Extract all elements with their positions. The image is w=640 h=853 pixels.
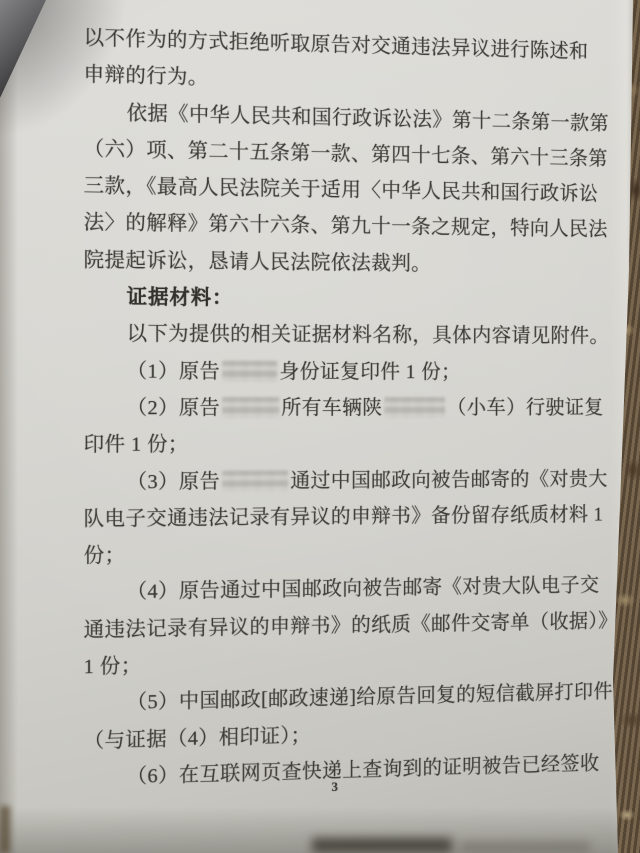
document-text: 队电子交通违法记录有异议的申辩书》备份留存纸质材料 1	[84, 504, 604, 531]
document-text: 以下为提供的相关证据材料名称，具体内容请见附件。	[127, 323, 609, 347]
document-text: （5）中国邮政[邮政速递]给原告回复的短信截屏打印件	[127, 681, 613, 714]
document-text: （与证据（4）相印证）；	[84, 724, 311, 752]
document-line: （3）原告通过中国邮政向被告邮寄的《对贵大	[84, 461, 577, 500]
document-text: 通违法记录有异议的申辩书》的纸质《邮件交寄单（收据）》	[84, 610, 618, 641]
document-line: 法〉的解释》第六十六条、第九十一条之规定，特向人民法	[84, 205, 577, 248]
document-text: 依据《中华人民共和国行政诉讼法》第十二条第一款第	[127, 102, 609, 135]
bottom-edge-shadow	[460, 842, 590, 853]
document-text: 所有车辆陕	[281, 397, 382, 419]
document-text: 份；	[84, 544, 126, 567]
redaction-blur	[384, 397, 445, 418]
document-line: 证据材料：	[84, 279, 577, 319]
document-text: 申辩的行为。	[84, 64, 209, 89]
document-line: 印件 1 份；	[84, 426, 577, 464]
document-line: （1）原告身份证复印件 1 份；	[84, 353, 577, 390]
document-text: 1 份；	[84, 655, 142, 679]
document-text: （小车）行驶证复	[447, 397, 604, 419]
paper-left-shade	[0, 0, 18, 853]
document-text: （1）原告	[127, 360, 220, 382]
redaction-blur	[222, 470, 288, 492]
document-line: 队电子交通违法记录有异议的申辩书》备份留存纸质材料 1	[84, 497, 577, 538]
document-line: （2）原告所有车辆陕（小车）行驶证复	[84, 390, 577, 427]
document-text: （2）原告	[127, 397, 220, 419]
bottom-edge-shadow	[312, 838, 452, 853]
document-line: 以下为提供的相关证据材料名称，具体内容请见附件。	[84, 316, 577, 355]
document-text: 三款，《最高人民法院关于适用〈中华人民共和国行政诉讼	[84, 175, 599, 205]
document-text: 身份证复印件 1 份；	[279, 360, 461, 382]
paper-sheet: 以不作为的方式拒绝听取原告对交通违法异议进行陈述和申辩的行为。依据《中华人民共和…	[0, 0, 640, 853]
redaction-blur	[222, 360, 277, 381]
document-text: 以不作为的方式拒绝听取原告对交通违法异议进行陈述和	[84, 27, 589, 63]
document-text: （3）原告	[127, 470, 220, 493]
document-text-block: 以不作为的方式拒绝听取原告对交通违法异议进行陈述和申辩的行为。依据《中华人民共和…	[84, 20, 577, 848]
document-text: 通过中国邮政向被告邮寄的《对贵大	[290, 468, 607, 492]
document-body: 以不作为的方式拒绝听取原告对交通违法异议进行陈述和申辩的行为。依据《中华人民共和…	[84, 20, 577, 797]
bottom-left-edge-shadow	[0, 806, 10, 853]
document-line: 院提起诉讼，恳请人民法院依法裁判。	[84, 242, 577, 284]
document-text: （六）项、第二十五条第一款、第四十七条、第六十三条第	[84, 138, 608, 170]
photographed-document: 以不作为的方式拒绝听取原告对交通违法异议进行陈述和申辩的行为。依据《中华人民共和…	[0, 0, 640, 853]
document-text: 法〉的解释》第六十六条、第九十一条之规定，特向人民法	[84, 212, 608, 241]
redaction-blur	[222, 397, 279, 418]
document-text: 院提起诉讼，恳请人民法院依法裁判。	[84, 249, 432, 275]
document-text: （4）原告通过中国邮政向被告邮寄《对贵大队电子交	[127, 575, 600, 604]
document-text: 印件 1 份；	[84, 434, 189, 457]
document-text: 证据材料：	[127, 286, 234, 309]
